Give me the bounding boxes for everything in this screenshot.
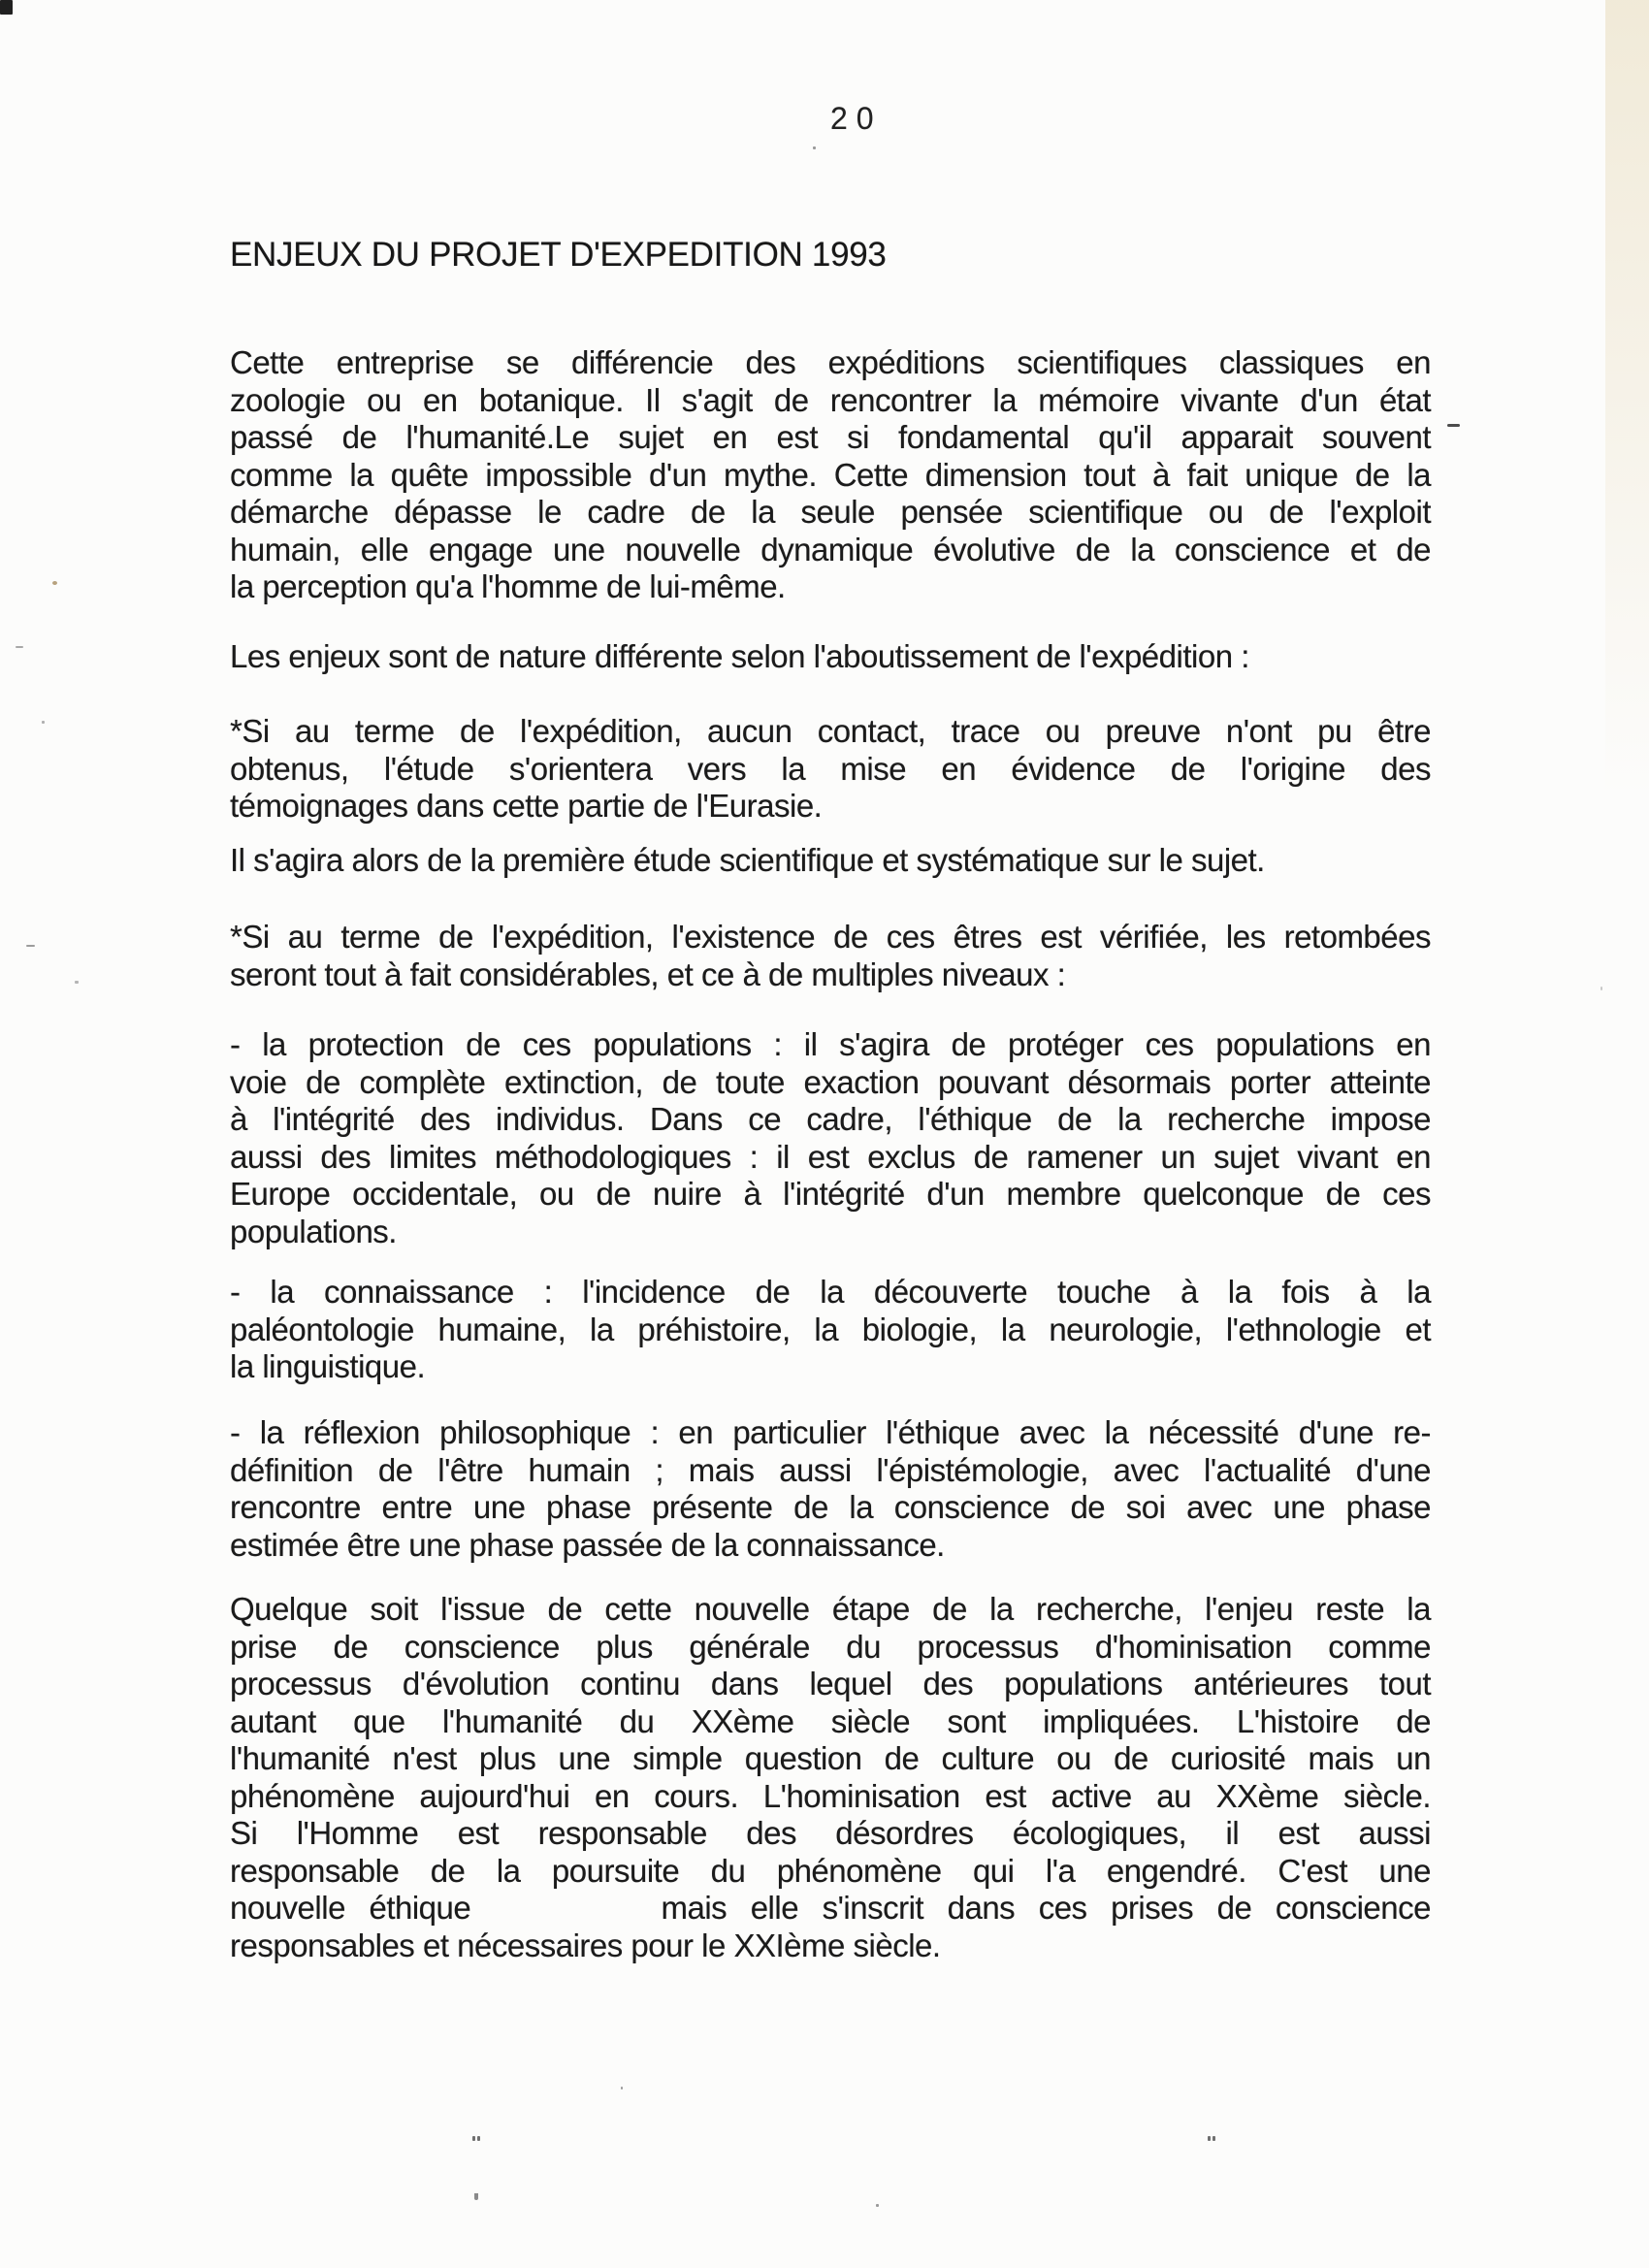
text-line: la linguistique. (230, 1348, 1431, 1386)
scan-artifact (876, 2204, 879, 2207)
text-line: autant que l'humanité du XXème siècle so… (230, 1703, 1431, 1741)
text-line: rencontre entre une phase présente de la… (230, 1489, 1431, 1527)
text-line: définition de l'être humain ; mais aussi… (230, 1452, 1431, 1490)
paragraph-aucun-contact: *Si au terme de l'expédition, aucun cont… (230, 713, 1431, 826)
text-line: Il s'agira alors de la première étude sc… (230, 842, 1431, 880)
scan-artifact (472, 2136, 475, 2141)
scan-artifact (26, 945, 35, 947)
paragraph-intro: Cette entreprise se différencie des expé… (230, 344, 1431, 606)
text-line: Europe occidentale, ou de nuire à l'inté… (230, 1176, 1431, 1214)
text-line: témoignages dans cette partie de l'Euras… (230, 788, 1431, 826)
paragraph-conclusion: Quelque soit l'issue de cette nouvelle é… (230, 1591, 1431, 1964)
text-line: seront tout à fait considérables, et ce … (230, 956, 1431, 994)
text-line: aussi des limites méthodologiques : il e… (230, 1139, 1431, 1177)
paragraph-enjeux: Les enjeux sont de nature différente sel… (230, 638, 1431, 676)
text-line: - la connaissance : l'incidence de la dé… (230, 1274, 1431, 1312)
page-number: 20 (830, 103, 883, 134)
scanned-document-page: 20 ENJEUX DU PROJET D'EXPEDITION 1993 Ce… (0, 0, 1649, 2268)
text-line: *Si au terme de l'expédition, aucun cont… (230, 713, 1431, 751)
text-line: responsable de la poursuite du phénomène… (230, 1853, 1431, 1891)
text-line: Si l'Homme est responsable des désordres… (230, 1815, 1431, 1853)
text-line: comme la quête impossible d'un mythe. Ce… (230, 457, 1431, 495)
paragraph-protection: - la protection de ces populations : il … (230, 1026, 1431, 1250)
text-line: - la réflexion philosophique : en partic… (230, 1414, 1431, 1452)
text-line: estimée être une phase passée de la conn… (230, 1527, 1431, 1565)
text-line: Les enjeux sont de nature différente sel… (230, 638, 1431, 676)
scan-artifact (1208, 2136, 1211, 2141)
text-line: obtenus, l'étude s'orientera vers la mis… (230, 751, 1431, 789)
scan-artifact (42, 721, 45, 724)
scan-artifact (621, 2087, 623, 2090)
text-line: voie de complète extinction, de toute ex… (230, 1064, 1431, 1102)
text-line: passé de l'humanité.Le sujet en est si f… (230, 419, 1431, 457)
text-line: phénomène aujourd'hui en cours. L'homini… (230, 1778, 1431, 1816)
paragraph-reflexion: - la réflexion philosophique : en partic… (230, 1414, 1431, 1564)
text-line: la perception qu'a l'homme de lui-même. (230, 568, 1431, 606)
paragraph-existence: *Si au terme de l'expédition, l'existenc… (230, 919, 1431, 993)
scan-artifact (75, 981, 79, 984)
scan-artifact (1600, 987, 1602, 990)
paragraph-premiere-etude: Il s'agira alors de la première étude sc… (230, 842, 1431, 880)
paragraph-connaissance: - la connaissance : l'incidence de la dé… (230, 1274, 1431, 1386)
text-line: démarche dépasse le cadre de la seule pe… (230, 494, 1431, 532)
scan-artifact (1447, 424, 1460, 427)
text-line: responsables et nécessaires pour le XXIè… (230, 1928, 1431, 1965)
text-line: populations. (230, 1214, 1431, 1251)
text-line: *Si au terme de l'expédition, l'existenc… (230, 919, 1431, 956)
document-heading: ENJEUX DU PROJET D'EXPEDITION 1993 (230, 236, 887, 275)
text-line: prise de conscience plus générale du pro… (230, 1629, 1431, 1667)
text-line: - la protection de ces populations : il … (230, 1026, 1431, 1064)
scan-artifact (474, 2193, 478, 2200)
text-line: Cette entreprise se différencie des expé… (230, 344, 1431, 382)
text-line: paléontologie humaine, la préhistoire, l… (230, 1312, 1431, 1349)
scan-edge-band (1605, 0, 1649, 795)
scan-artifact (0, 0, 13, 15)
text-line: nouvelle éthique mais elle s'inscrit dan… (230, 1890, 1431, 1928)
text-line: l'humanité n'est plus une simple questio… (230, 1740, 1431, 1778)
text-line: processus d'évolution continu dans leque… (230, 1666, 1431, 1703)
text-line: zoologie ou en botanique. Il s'agit de r… (230, 382, 1431, 420)
scan-artifact (16, 646, 23, 648)
text-line: humain, elle engage une nouvelle dynamiq… (230, 532, 1431, 569)
text-line: à l'intégrité des individus. Dans ce cad… (230, 1101, 1431, 1139)
text-line: Quelque soit l'issue de cette nouvelle é… (230, 1591, 1431, 1629)
scan-artifact (52, 581, 57, 585)
scan-artifact (813, 146, 816, 149)
